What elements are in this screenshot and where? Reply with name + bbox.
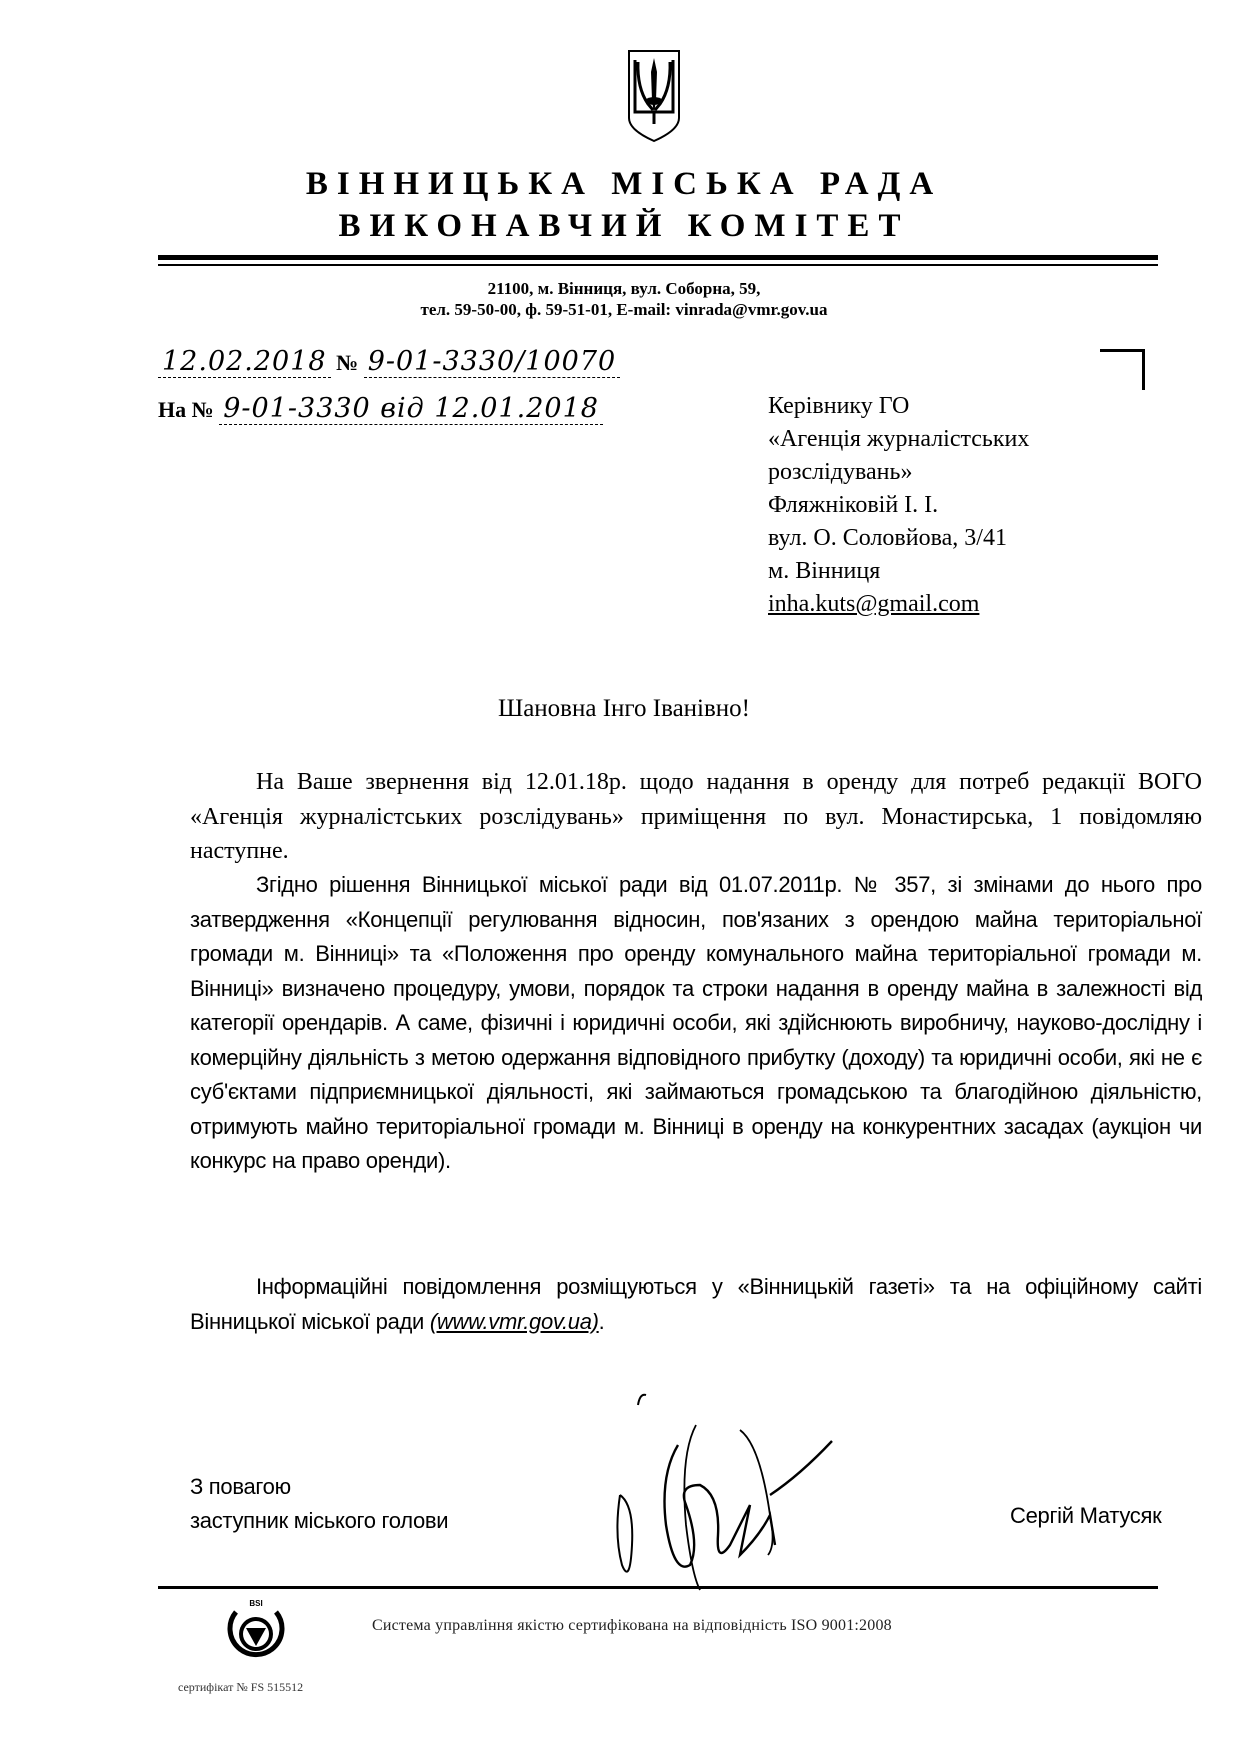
number-label: № (336, 350, 358, 375)
reply-label: На № (158, 397, 214, 422)
org-address: 21100, м. Вінниця, вул. Соборна, 59, (0, 278, 1248, 300)
outgoing-number: 9-01-3330/10070 (364, 346, 620, 378)
signer-name: Сергій Матусяк (1010, 1503, 1161, 1529)
paragraph-1: На Ваше звернення від 12.01.18р. щодо на… (190, 765, 1202, 869)
svg-text:BSI: BSI (249, 1599, 262, 1608)
trident-emblem-icon (626, 48, 682, 144)
org-name: ВІННИЦЬКА МІСЬКА РАДА (0, 164, 1248, 204)
recipient-line: «Агенція журналістських (768, 423, 1029, 456)
header-rule-thick (158, 255, 1158, 260)
bsi-certification-logo-icon: BSI (226, 1598, 286, 1660)
paragraph-3: Інформаційні повідомлення розміщуються у… (190, 1270, 1202, 1339)
outgoing-registration: 12.02.2018 № 9-01-3330/10070 (158, 345, 620, 379)
iso-certification-text: Система управління якістю сертифікована … (372, 1617, 892, 1635)
closing-block: З повагою заступник міського голови (190, 1470, 448, 1538)
closing-phrase: З повагою (190, 1470, 448, 1504)
recipient-line: м. Вінниця (768, 555, 1029, 588)
reply-registration: На № 9-01-3330 від 12.01.2018 (158, 392, 603, 426)
header-rule-thin (158, 264, 1158, 266)
recipient-line: Керівнику ГО (768, 390, 1029, 423)
paragraph-3-end: . (599, 1309, 605, 1334)
paragraph-2: Згідно рішення Вінницької міської ради в… (190, 868, 1202, 1179)
footer-rule (158, 1586, 1158, 1589)
signer-position: заступник міського голови (190, 1504, 448, 1538)
certificate-number: сертифікат № FS 515512 (178, 1680, 303, 1695)
recipient-line: розслідувань» (768, 456, 1029, 489)
recipient-email-link[interactable]: inha.kuts@gmail.com (768, 588, 1029, 621)
outgoing-date: 12.02.2018 (158, 346, 331, 378)
handwritten-signature-icon (600, 1385, 850, 1595)
org-contacts: тел. 59-50-00, ф. 59-51-01, E-mail: vinr… (0, 299, 1248, 321)
recipient-line: вул. О. Соловйова, 3/41 (768, 522, 1029, 555)
recipient-line: Фляжніковій І. І. (768, 489, 1029, 522)
greeting: Шановна Інго Іванівно! (0, 695, 1248, 723)
address-corner-mark (1100, 349, 1145, 390)
website-link[interactable]: (www.vmr.gov.ua) (430, 1309, 599, 1334)
paragraph-3-text: Інформаційні повідомлення розміщуються у… (190, 1274, 1202, 1334)
reply-reference: 9-01-3330 від 12.01.2018 (219, 393, 603, 425)
recipient-block: Керівнику ГО «Агенція журналістських роз… (768, 390, 1029, 621)
org-subtitle: ВИКОНАВЧИЙ КОМІТЕТ (0, 206, 1248, 246)
